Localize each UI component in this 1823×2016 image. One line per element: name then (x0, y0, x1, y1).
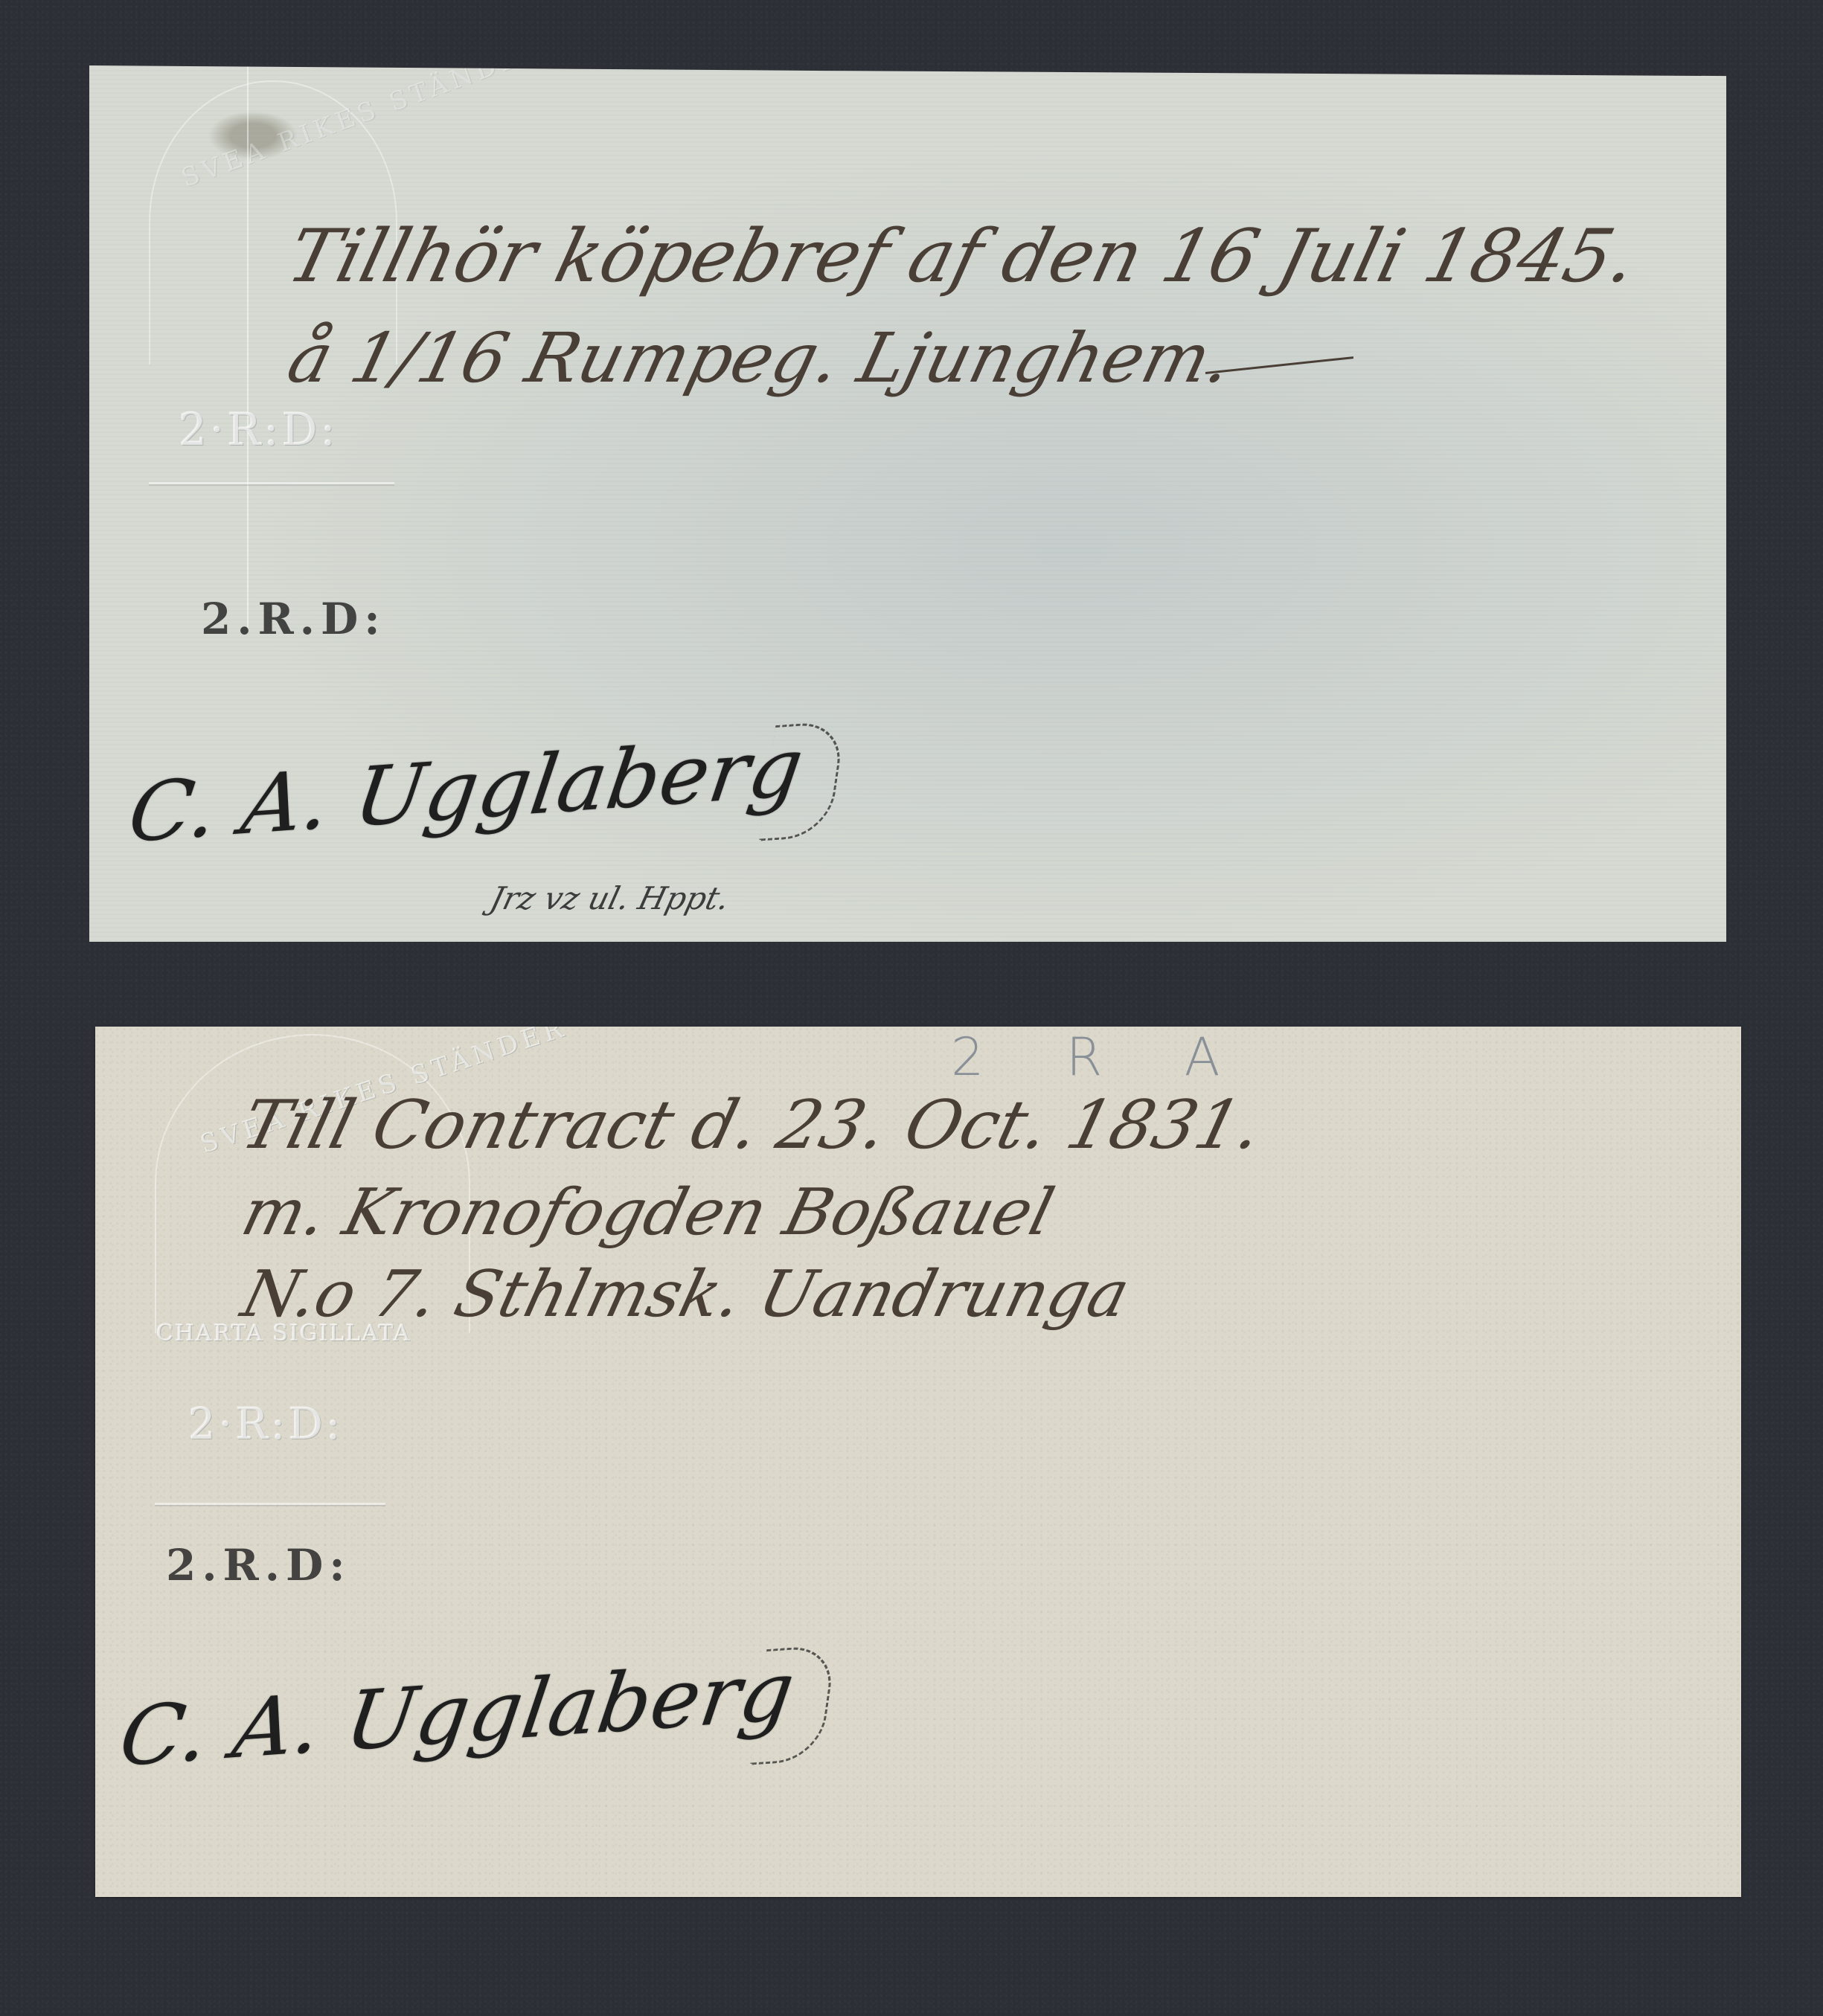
pencil-note: 2 R A (951, 1027, 1253, 1088)
embossed-value: 2·R:D: (188, 1399, 344, 1449)
embossed-value: 2·R:D: (179, 404, 339, 456)
printed-value-stamp: 2.R.D: (201, 594, 386, 644)
printed-value-stamp: 2.R.D: (166, 1540, 351, 1590)
handwritten-line-2: å 1/16 Rumpeg. Ljunghem. (281, 318, 1240, 398)
handwritten-line-2: m. Kronofogden Boßauel (235, 1175, 1061, 1250)
handwritten-annotation: Jrz vz ul. Hppt. (487, 880, 734, 916)
handwritten-line-1: Till Contract d. 23. Oct. 1831. (234, 1086, 1270, 1164)
document-top: SVEA RIKES STÄNDER 2·R:D: 2.R.D: Tillhör… (89, 65, 1726, 942)
signature-stamp: C. A. Ugglaberg (123, 719, 809, 861)
signature-stamp: C. A. Ugglaberg (114, 1643, 800, 1785)
document-bottom: SVEA RIKES STÄNDER CHARTA SIGILLATA 2·R:… (95, 1027, 1741, 1897)
handwritten-line-1: Tillhör köpebref af den 16 Juli 1845. (280, 214, 1646, 299)
handwritten-line-3: N.o 7. Sthlmsk. Uandrunga (235, 1257, 1137, 1332)
